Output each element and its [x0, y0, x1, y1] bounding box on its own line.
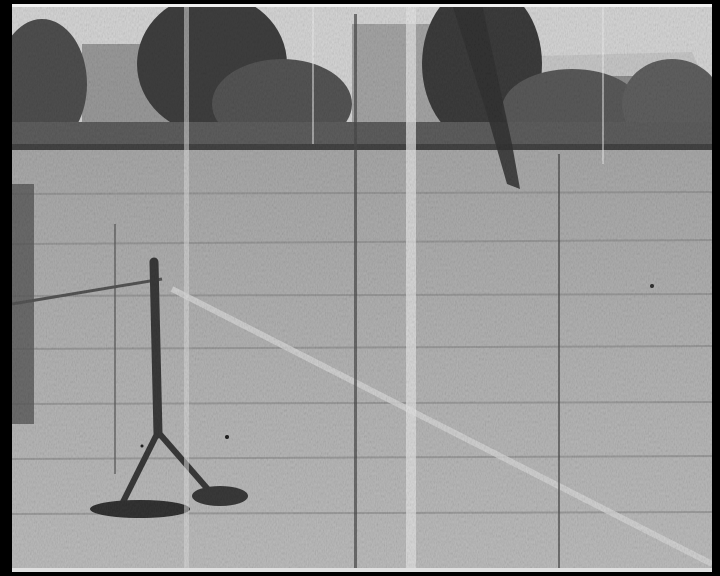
tripod-foot-left [90, 500, 190, 518]
tripod-foot-right [192, 486, 248, 506]
film-frame [12, 4, 712, 572]
film-scene [12, 4, 712, 572]
